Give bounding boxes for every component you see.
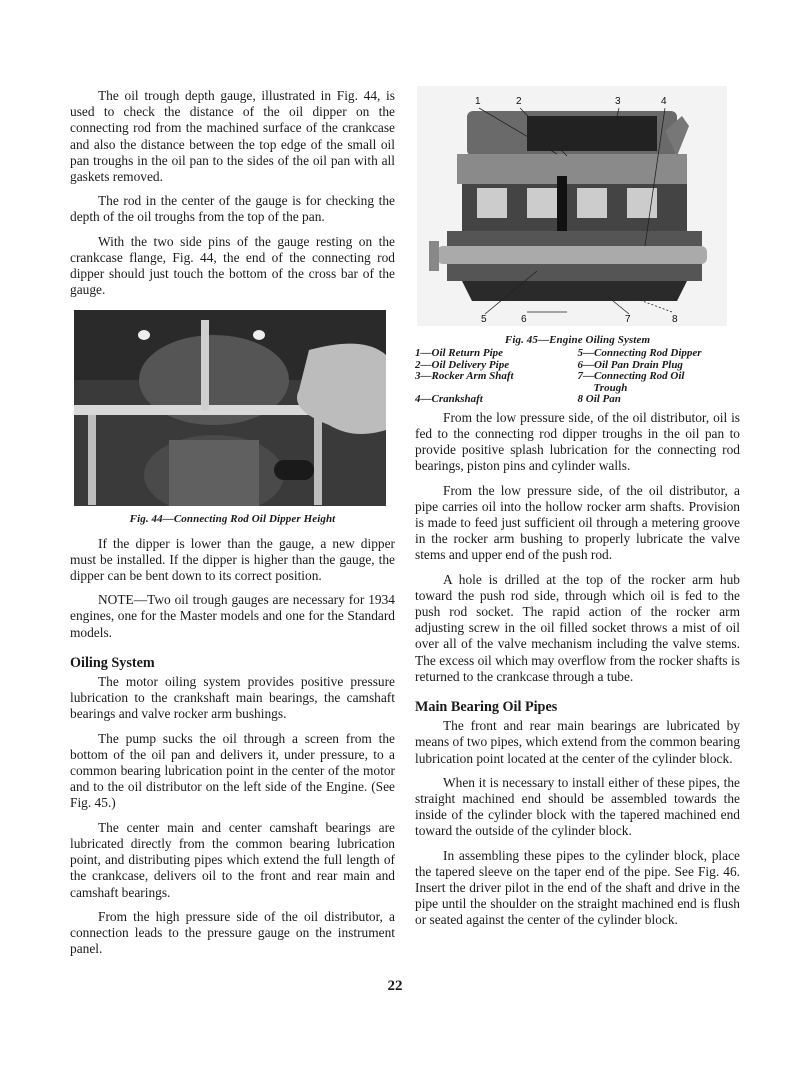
- callout-8: 8: [672, 312, 678, 326]
- legend-item: 4—Crankshaft: [415, 394, 578, 406]
- section-heading-oiling-system: Oiling System: [70, 655, 395, 671]
- callout-5: 5: [481, 312, 487, 326]
- paragraph: The motor oiling system provides positiv…: [70, 674, 395, 723]
- legend-item: 7—Connecting Rod Oil: [578, 371, 741, 383]
- paragraph: From the low pressure side, of the oil d…: [415, 410, 740, 475]
- legend-item: 1—Oil Return Pipe: [415, 348, 578, 360]
- legend-item: 3—Rocker Arm Shaft: [415, 371, 578, 383]
- legend-item: 8 Oil Pan: [578, 394, 741, 406]
- paragraph: The pump sucks the oil through a screen …: [70, 731, 395, 812]
- paragraph: If the dipper is lower than the gauge, a…: [70, 536, 395, 585]
- left-column: The oil trough depth gauge, illustrated …: [70, 88, 395, 965]
- engine-cutaway-illustration: [417, 86, 727, 326]
- figure-44-caption: Fig. 44—Connecting Rod Oil Dipper Height: [70, 511, 395, 527]
- gauge-photo-illustration: [74, 310, 386, 506]
- paragraph: The center main and center camshaft bear…: [70, 820, 395, 901]
- callout-1: 1: [475, 94, 481, 110]
- figure-45-legend: 1—Oil Return Pipe 5—Connecting Rod Dippe…: [415, 348, 740, 406]
- paragraph: The rod in the center of the gauge is fo…: [70, 193, 395, 225]
- note-paragraph: NOTE—Two oil trough gauges are necessary…: [70, 592, 395, 641]
- figure-45-photo: 1 2 3 4 5 6 7 8: [417, 86, 727, 326]
- callout-4: 4: [661, 94, 667, 110]
- paragraph: The oil trough depth gauge, illustrated …: [70, 88, 395, 185]
- paragraph: The front and rear main bearings are lub…: [415, 718, 740, 767]
- right-column: 1 2 3 4 5 6 7 8 Fig. 45—Engine Oiling Sy…: [415, 86, 740, 937]
- callout-2: 2: [516, 94, 522, 110]
- callout-6: 6: [521, 312, 527, 326]
- paragraph: A hole is drilled at the top of the rock…: [415, 572, 740, 685]
- paragraph: From the low pressure side, of the oil d…: [415, 483, 740, 564]
- paragraph: With the two side pins of the gauge rest…: [70, 234, 395, 299]
- figure-44-photo: [74, 310, 386, 506]
- paragraph: When it is necessary to install either o…: [415, 775, 740, 840]
- page-number: 22: [0, 978, 790, 995]
- callout-3: 3: [615, 94, 621, 110]
- callout-7: 7: [625, 312, 631, 326]
- paragraph: In assembling these pipes to the cylinde…: [415, 848, 740, 929]
- section-heading-main-bearing-oil-pipes: Main Bearing Oil Pipes: [415, 699, 740, 715]
- paragraph: From the high pressure side of the oil d…: [70, 909, 395, 958]
- legend-item: 5—Connecting Rod Dipper: [578, 348, 741, 360]
- figure-45-caption: Fig. 45—Engine Oiling System: [415, 332, 740, 348]
